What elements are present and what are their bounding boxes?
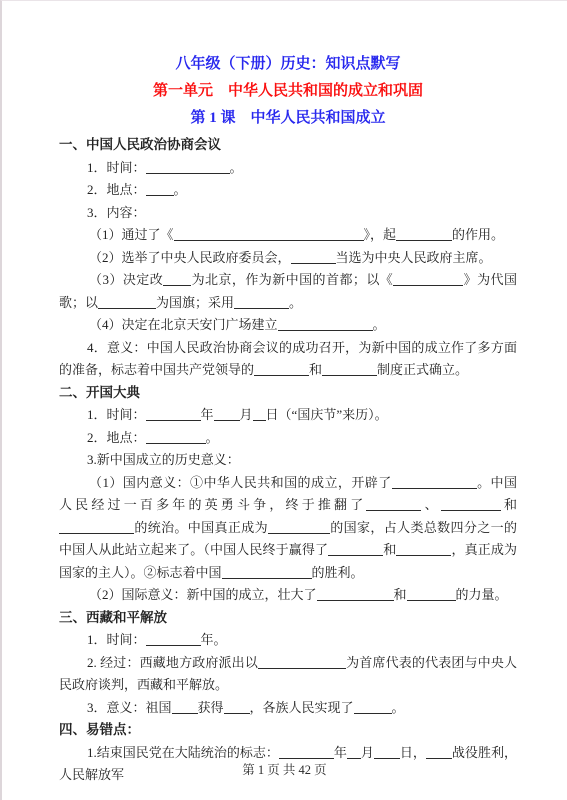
fill-blank xyxy=(146,160,230,174)
text-run: 3．内容： xyxy=(87,205,146,220)
fill-blank xyxy=(172,700,198,714)
text-run: 获得 xyxy=(198,700,224,715)
text-run: 2．地点： xyxy=(87,182,146,197)
document-title: 八年级（下册）历史：知识点默写 xyxy=(59,51,517,78)
text-run: （2）国际意义：新中国的成立，壮大了 xyxy=(89,587,317,602)
fill-blank xyxy=(322,362,377,376)
fill-blank xyxy=(393,272,463,286)
text-run: 3．意义：祖国 xyxy=(87,700,172,715)
worksheet-line: 2．地点：。 xyxy=(59,179,517,202)
page-content: 八年级（下册）历史：知识点默写 第一单元 中华人民共和国的成立和巩固 第 1 课… xyxy=(2,1,567,787)
text-run: 和 xyxy=(394,587,407,602)
fill-blank xyxy=(146,407,201,421)
worksheet-line: 2. 经过：西藏地方政府派出以为首席代表的代表团与中央人民政府谈判，西藏和平解放… xyxy=(59,652,517,697)
text-run: 二、开国大典 xyxy=(59,385,140,400)
lesson-heading: 第 1 课 中华人民共和国成立 xyxy=(59,105,517,132)
text-run: 1．时间： xyxy=(87,407,146,422)
document-page: 八年级（下册）历史：知识点默写 第一单元 中华人民共和国的成立和巩固 第 1 课… xyxy=(0,0,567,800)
fill-blank xyxy=(317,587,394,601)
fill-blank xyxy=(278,317,373,331)
document-body: 一、中国人民政治协商会议1．时间：。2．地点：。3．内容：（1）通过了《》，起的… xyxy=(59,134,517,787)
text-run: ，各族人民实现了 xyxy=(250,700,354,715)
text-run: 、 xyxy=(421,497,440,512)
text-run: 的作用。 xyxy=(452,227,504,242)
text-run: 当选为中央人民政府主席。 xyxy=(336,250,492,265)
fill-blank xyxy=(426,745,452,759)
fill-blank xyxy=(366,497,421,511)
fill-blank xyxy=(392,475,477,489)
worksheet-line: （1）通过了《》，起的作用。 xyxy=(59,224,517,247)
text-run: 月 xyxy=(361,745,374,760)
worksheet-line: 3．意义：祖国获得，各族人民实现了。 xyxy=(59,697,517,720)
worksheet-line: 3．内容： xyxy=(59,202,517,225)
fill-blank xyxy=(396,542,451,556)
section-heading: 三、西藏和平解放 xyxy=(59,607,517,630)
fill-blank xyxy=(291,250,336,264)
text-run: 年。 xyxy=(201,632,227,647)
section-heading: 四、易错点： xyxy=(59,719,517,742)
text-run: 为北京，作为新中国的首都；以《 xyxy=(191,272,393,287)
text-run: 。 xyxy=(392,700,405,715)
worksheet-line: （1）国内意义：①中华人民共和国的成立，开辟了。中国人民经过一百多年的英勇斗争，… xyxy=(59,472,517,585)
text-run: 。 xyxy=(230,160,243,175)
worksheet-line: （4）决定在北京天安门广场建立。 xyxy=(59,314,517,337)
worksheet-line: 2．地点：。 xyxy=(59,427,517,450)
text-run: 。 xyxy=(289,295,302,310)
worksheet-line: 3.新中国成立的历史意义： xyxy=(59,449,517,472)
text-run: 3.新中国成立的历史意义： xyxy=(87,452,240,467)
text-run: 四、易错点： xyxy=(59,722,140,737)
fill-blank xyxy=(407,587,456,601)
fill-blank xyxy=(59,520,134,534)
text-run: 。 xyxy=(373,317,386,332)
text-run: 和 xyxy=(501,497,517,512)
fill-blank xyxy=(396,227,452,241)
fill-blank xyxy=(253,407,266,421)
text-run: 2. 经过：西藏地方政府派出以 xyxy=(87,655,258,670)
worksheet-line: 4．意义：中国人民政治协商会议的成功召开，为新中国的成立作了多方面的准备，标志着… xyxy=(59,337,517,382)
text-run: 1.结束国民党在大陆统治的标志： xyxy=(87,745,279,760)
text-run: （3）决定改 xyxy=(89,272,163,287)
text-run: 一、中国人民政治协商会议 xyxy=(59,137,221,152)
text-run: 制度正式确立。 xyxy=(377,362,468,377)
unit-heading: 第一单元 中华人民共和国的成立和巩固 xyxy=(59,78,517,105)
fill-blank xyxy=(98,295,156,309)
text-run: （2）选举了中央人民政府委员会， xyxy=(89,250,291,265)
fill-blank xyxy=(222,565,312,579)
text-run: 的力量。 xyxy=(456,587,508,602)
worksheet-line: 1．时间：年月日（“国庆节”来历）。 xyxy=(59,404,517,427)
worksheet-line: 1．时间：。 xyxy=(59,157,517,180)
fill-blank xyxy=(224,700,250,714)
worksheet-line: （2）选举了中央人民政府委员会，当选为中央人民政府主席。 xyxy=(59,247,517,270)
text-run: 月 xyxy=(240,407,253,422)
text-run: 。 xyxy=(206,430,219,445)
fill-blank xyxy=(347,745,361,759)
text-run: 1．时间： xyxy=(87,632,146,647)
fill-blank xyxy=(258,655,346,669)
text-run: （1）通过了《 xyxy=(89,227,174,242)
fill-blank xyxy=(146,430,206,444)
text-run: 2．地点： xyxy=(87,430,146,445)
text-run: 1．时间： xyxy=(87,160,146,175)
text-run: 》，起 xyxy=(364,227,397,242)
text-run: 日， xyxy=(400,745,426,760)
worksheet-line: 1．时间：年。 xyxy=(59,629,517,652)
text-run: 和 xyxy=(383,542,396,557)
page-footer: 第 1 页 共 42 页 xyxy=(2,760,567,778)
fill-blank xyxy=(354,700,392,714)
worksheet-line: （2）国际意义：新中国的成立，壮大了和的力量。 xyxy=(59,584,517,607)
text-run: 为国旗；采用 xyxy=(156,295,234,310)
text-run: 的统治。中国真正成为 xyxy=(134,520,268,535)
fill-blank xyxy=(268,520,330,534)
fill-blank xyxy=(214,407,240,421)
fill-blank xyxy=(146,182,174,196)
worksheet-line: （3）决定改为北京，作为新中国的首都；以《》为代国歌；以为国旗；采用。 xyxy=(59,269,517,314)
fill-blank xyxy=(441,497,501,511)
document-header: 八年级（下册）历史：知识点默写 第一单元 中华人民共和国的成立和巩固 第 1 课… xyxy=(59,51,517,132)
fill-blank xyxy=(174,227,364,241)
text-run: 年 xyxy=(334,745,347,760)
text-run: 日（“国庆节”来历）。 xyxy=(266,407,388,422)
text-run: 三、西藏和平解放 xyxy=(59,610,167,625)
fill-blank xyxy=(279,745,334,759)
fill-blank xyxy=(234,295,289,309)
text-run: 年 xyxy=(201,407,214,422)
fill-blank xyxy=(146,632,201,646)
text-run: （1）国内意义：①中华人民共和国的成立，开辟了 xyxy=(89,475,392,490)
text-run: 和 xyxy=(309,362,322,377)
fill-blank xyxy=(328,542,383,556)
text-run: 的胜利。 xyxy=(312,565,364,580)
fill-blank xyxy=(374,745,400,759)
section-heading: 二、开国大典 xyxy=(59,382,517,405)
text-run: （4）决定在北京天安门广场建立 xyxy=(89,317,278,332)
fill-blank xyxy=(254,362,309,376)
text-run: 。 xyxy=(174,182,187,197)
fill-blank xyxy=(163,272,191,286)
section-heading: 一、中国人民政治协商会议 xyxy=(59,134,517,157)
